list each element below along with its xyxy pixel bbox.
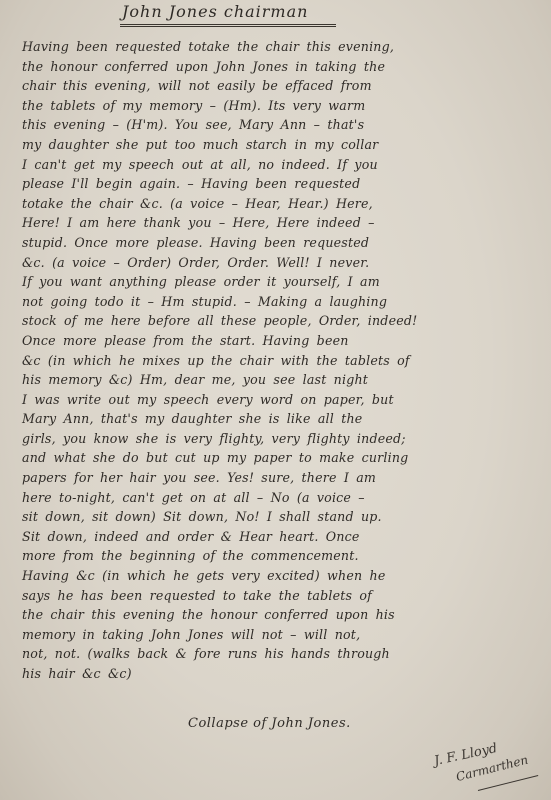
- text-line: Sit down, indeed and order & Hear heart.…: [22, 527, 522, 547]
- text-line: Here! I am here thank you – Here, Here i…: [22, 213, 522, 233]
- text-line: stupid. Once more please. Having been re…: [22, 233, 522, 253]
- text-line: I can't get my speech out at all, no ind…: [22, 155, 522, 175]
- text-line: says he has been requested to take the t…: [22, 586, 522, 606]
- title-underline: [120, 24, 336, 27]
- closing-line: Collapse of John Jones.: [188, 716, 351, 731]
- text-line: please I'll begin again. – Having been r…: [22, 174, 522, 194]
- text-line: not going todo it – Hm stupid. – Making …: [22, 292, 522, 312]
- text-line: &c (in which he mixes up the chair with …: [22, 351, 522, 371]
- text-line: not, not. (walks back & fore runs his ha…: [22, 644, 522, 664]
- text-line: the honour conferred upon John Jones in …: [22, 57, 522, 77]
- text-line: Once more please from the start. Having …: [22, 331, 522, 351]
- text-line: chair this evening, will not easily be e…: [22, 76, 522, 96]
- text-line: his memory &c) Hm, dear me, you see last…: [22, 370, 522, 390]
- text-line: totake the chair &c. (a voice – Hear, He…: [22, 194, 522, 214]
- text-line: girls, you know she is very flighty, ver…: [22, 429, 522, 449]
- manuscript-page: John Jones chairman Having been requeste…: [0, 0, 551, 800]
- text-line: papers for her hair you see. Yes! sure, …: [22, 468, 522, 488]
- manuscript-body: Having been requested totake the chair t…: [22, 37, 522, 684]
- text-line: here to-night, can't get on at all – No …: [22, 488, 522, 508]
- text-line: Mary Ann, that's my daughter she is like…: [22, 409, 522, 429]
- text-line: If you want anything please order it you…: [22, 272, 522, 292]
- text-line: the tablets of my memory – (Hm). Its ver…: [22, 96, 522, 116]
- text-line: stock of me here before all these people…: [22, 311, 522, 331]
- text-line: Having &c (in which he gets very excited…: [22, 566, 522, 586]
- signature-underline: [478, 775, 538, 791]
- text-line: &c. (a voice – Order) Order, Order. Well…: [22, 253, 522, 273]
- text-line: the chair this evening the honour confer…: [22, 605, 522, 625]
- text-line: more from the beginning of the commencem…: [22, 546, 522, 566]
- text-line: sit down, sit down) Sit down, No! I shal…: [22, 507, 522, 527]
- text-line: his hair &c &c): [22, 664, 522, 684]
- text-line: Having been requested totake the chair t…: [22, 37, 522, 57]
- text-line: and what she do but cut up my paper to m…: [22, 448, 522, 468]
- text-line: I was write out my speech every word on …: [22, 390, 522, 410]
- text-line: my daughter she put too much starch in m…: [22, 135, 522, 155]
- text-line: memory in taking John Jones will not – w…: [22, 625, 522, 645]
- text-line: this evening – (H'm). You see, Mary Ann …: [22, 115, 522, 135]
